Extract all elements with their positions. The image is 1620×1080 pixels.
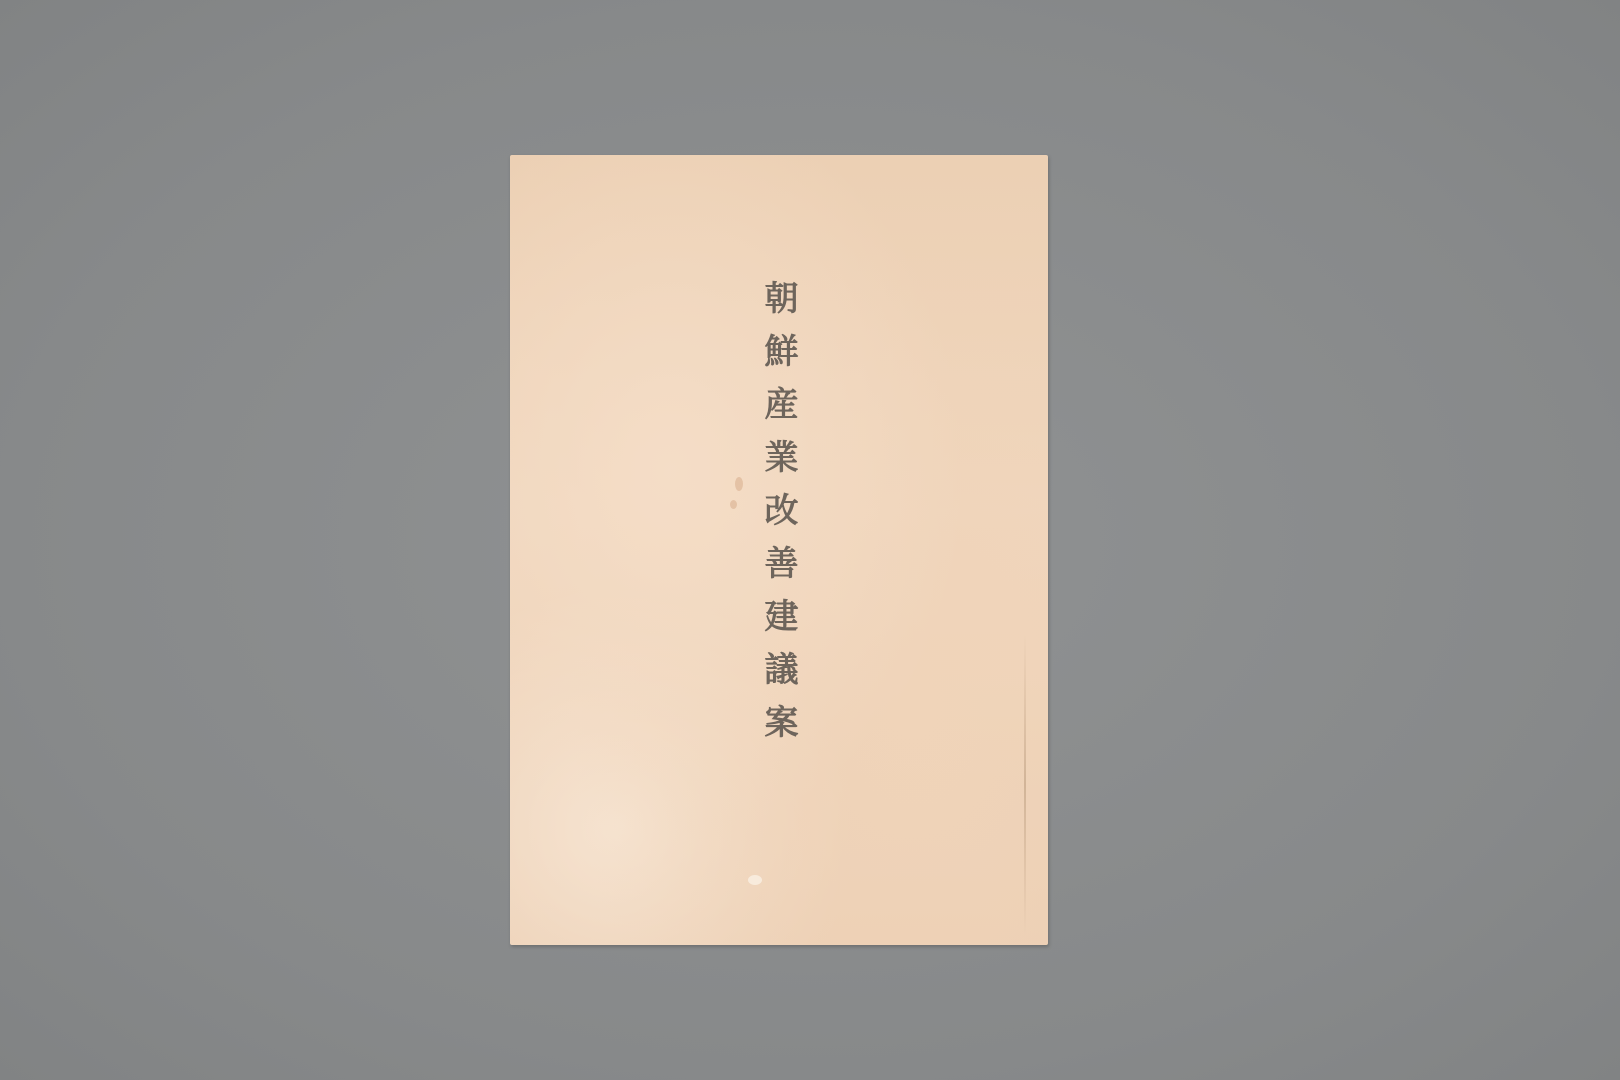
paper-stain <box>735 477 743 491</box>
paper-stain <box>730 500 737 509</box>
paper-wear <box>748 875 762 885</box>
document-title: 朝鮮産業改善建議案 <box>753 280 803 757</box>
document-cover: 朝鮮産業改善建議案 <box>510 155 1048 945</box>
